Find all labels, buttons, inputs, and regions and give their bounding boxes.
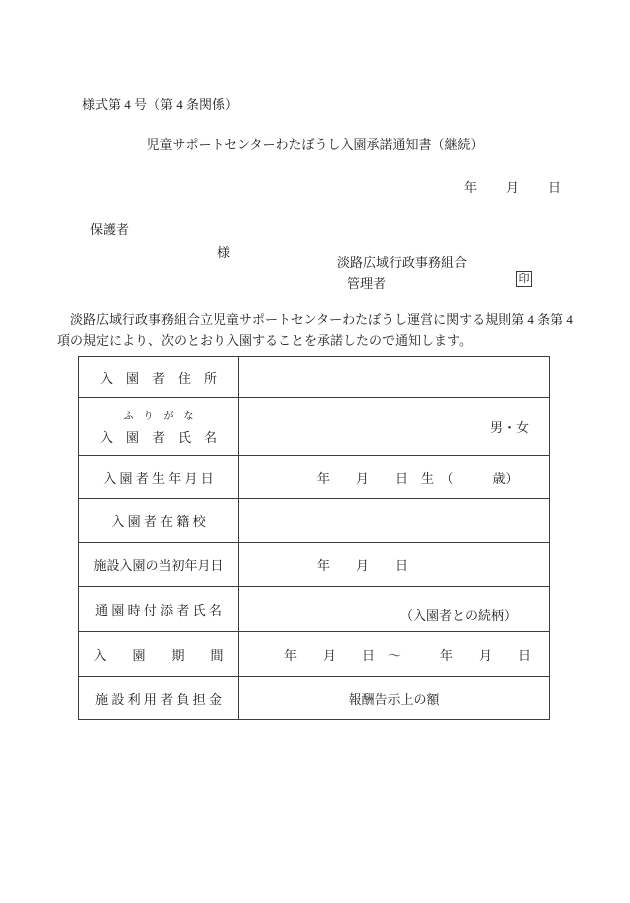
- furigana-label: ふ り が な: [124, 407, 194, 422]
- address-value-cell: [239, 357, 549, 397]
- table-row-address: 入 園 者 住 所: [79, 357, 549, 398]
- document-page: 様式第 4 号（第 4 条関係） 児童サポートセンターわたぼうし入園承諾通知書（…: [0, 0, 630, 903]
- gender-options: 男・女: [490, 417, 529, 436]
- seal-box: 印: [516, 271, 532, 287]
- organization-name: 淡路広域行政事務組合: [337, 252, 467, 271]
- user-fee-value: 報酬告示上の額: [348, 689, 439, 708]
- first-admission-date-value: 年 月 日: [317, 555, 408, 574]
- birthdate-value-cell: 年 月 日 生 （ 歳）: [239, 456, 549, 498]
- document-title: 児童サポートセンターわたぼうし入園承諾通知書（継続）: [0, 134, 630, 153]
- row-label-cell: 施 設 利 用 者 負 担 金: [79, 677, 239, 719]
- table-row-admission-period: 入 園 期 間 年 月 日 ～ 年 月 日: [79, 632, 549, 677]
- guardian-label: 保護者: [90, 219, 129, 238]
- attendant-value-cell: （入園者との続柄）: [239, 587, 549, 631]
- row-label: 入 園 者 生 年 月 日: [103, 468, 214, 487]
- table-row-attendant: 通 園 時 付 添 者 氏 名 （入園者との続柄）: [79, 587, 549, 632]
- birthdate-value: 年 月 日 生 （ 歳）: [317, 468, 519, 487]
- issue-date-line: 年 月 日: [464, 177, 562, 196]
- name-value-cell: 男・女: [239, 398, 549, 455]
- body-paragraph: 淡路広域行政事務組合立児童サポートセンターわたぼうし運営に関する規則第 4 条第…: [57, 310, 577, 351]
- table-row-first-admission-date: 施設入園の当初年月日 年 月 日: [79, 543, 549, 587]
- row-label: 施設入園の当初年月日: [93, 555, 223, 574]
- user-fee-value-cell: 報酬告示上の額: [239, 677, 549, 719]
- row-label-cell: 入 園 者 在 籍 校: [79, 499, 239, 542]
- row-label: 施 設 利 用 者 負 担 金: [95, 689, 222, 708]
- table-row-user-fee: 施 設 利 用 者 負 担 金 報酬告示上の額: [79, 677, 549, 719]
- admission-period-value: 年 月 日 ～ 年 月 日: [284, 645, 531, 664]
- row-label: 入 園 者 住 所: [100, 368, 217, 387]
- row-label: 入 園 者 在 籍 校: [111, 511, 205, 530]
- guardian-honorific: 様: [217, 242, 230, 261]
- seal-mark: 印: [519, 274, 530, 285]
- form-number-label: 様式第 4 号（第 4 条関係）: [82, 94, 238, 113]
- admission-table: 入 園 者 住 所 ふ り が な 入 園 者 氏 名 男・女 入 園 者 生 …: [78, 356, 550, 720]
- manager-label: 管理者: [347, 273, 386, 292]
- row-label-cell: ふ り が な 入 園 者 氏 名: [79, 398, 239, 455]
- row-label: 入 園 者 氏 名: [100, 427, 217, 446]
- admission-period-value-cell: 年 月 日 ～ 年 月 日: [239, 632, 549, 676]
- row-label-cell: 入 園 者 生 年 月 日: [79, 456, 239, 498]
- attendant-relation-note: （入園者との続柄）: [400, 605, 517, 624]
- table-row-school: 入 園 者 在 籍 校: [79, 499, 549, 543]
- row-label-cell: 入 園 者 住 所: [79, 357, 239, 397]
- school-value-cell: [239, 499, 549, 542]
- row-label-cell: 入 園 期 間: [79, 632, 239, 676]
- row-label: 通 園 時 付 添 者 氏 名: [95, 600, 222, 619]
- row-label: 入 園 期 間: [93, 645, 223, 664]
- table-row-birthdate: 入 園 者 生 年 月 日 年 月 日 生 （ 歳）: [79, 456, 549, 499]
- first-admission-date-value-cell: 年 月 日: [239, 543, 549, 586]
- table-row-name: ふ り が な 入 園 者 氏 名 男・女: [79, 398, 549, 456]
- row-label-cell: 通 園 時 付 添 者 氏 名: [79, 587, 239, 631]
- row-label-cell: 施設入園の当初年月日: [79, 543, 239, 586]
